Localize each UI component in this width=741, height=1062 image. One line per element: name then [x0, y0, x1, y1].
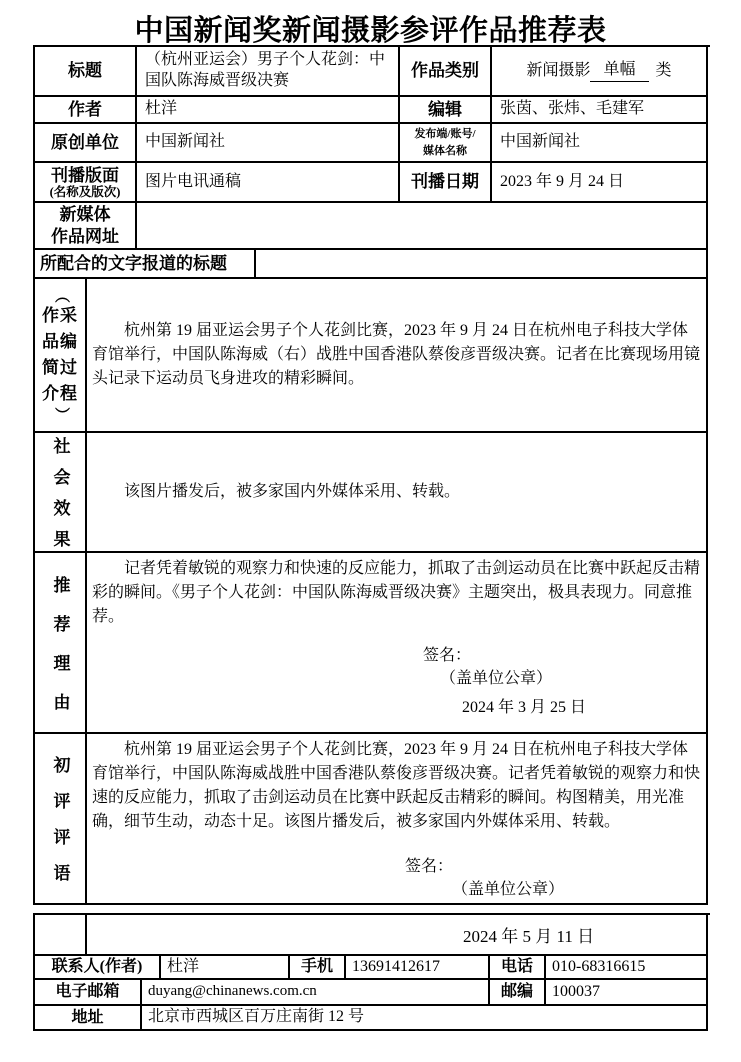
- social-effect-label: 社会效果: [48, 437, 73, 553]
- contact-table: 2024 年 5 月 11 日 联系人(作者) 杜洋 手机 1369141261…: [33, 913, 710, 1031]
- recommendation-signature-block: 签名： （盖单位公章） 2024 年 3 月 25 日: [423, 647, 701, 716]
- summary-label-row: 品编: [42, 329, 78, 355]
- recommendation-label-cell: 推荐理由: [35, 553, 87, 734]
- recommendation-content-cell: 记者凭着敏锐的观察力和快速的反应能力，抓取了击剑运动员在比赛中跃起反击精彩的瞬间…: [87, 553, 708, 734]
- category-label: 作品类别: [400, 47, 492, 97]
- summary-bracket-open: （: [52, 288, 67, 303]
- row-email: 电子邮箱 duyang@chinanews.com.cn 邮编 100037: [35, 980, 710, 1006]
- mobile-value: 13691412617: [346, 956, 490, 980]
- row-recommendation: 推荐理由 记者凭着敏锐的观察力和快速的反应能力，抓取了击剑运动员在比赛中跃起反击…: [35, 553, 710, 734]
- row-contact-date: 2024 年 5 月 11 日: [35, 915, 710, 956]
- contact-date: 2024 年 5 月 11 日: [463, 922, 594, 947]
- new-media-url-value: [137, 203, 708, 250]
- signature-label: 签名：: [405, 858, 701, 875]
- seal-note: （盖单位公章）: [452, 881, 701, 898]
- recommendation-content: 记者凭着敏锐的观察力和快速的反应能力，抓取了击剑运动员在比赛中跃起反击精彩的瞬间…: [92, 557, 701, 629]
- email-value: duyang@chinanews.com.cn: [142, 980, 490, 1006]
- publish-date-value: 2023 年 9 月 24 日: [492, 163, 708, 203]
- address-value: 北京市西城区百万庄南街 12 号: [142, 1006, 708, 1031]
- initial-review-label-cell: 初评评语: [35, 734, 87, 905]
- summary-label: （ 作采 品编 简过 介程 ）: [35, 279, 87, 433]
- publisher-label: 发布端/账号/ 媒体名称: [400, 124, 492, 163]
- contact-person-label: 联系人(作者): [35, 956, 161, 980]
- recommendation-label: 推荐理由: [48, 576, 73, 732]
- social-effect-content-cell: 该图片播发后，被多家国内外媒体采用、转载。: [87, 433, 708, 553]
- edition-label-sub: (名称及版次): [50, 186, 121, 200]
- editor-value: 张茵、张炜、毛建军: [492, 97, 708, 124]
- category-suffix: 类: [656, 61, 672, 82]
- row-companion-report: 所配合的文字报道的标题: [35, 250, 710, 279]
- editor-label: 编辑: [400, 97, 492, 124]
- edition-label-main: 刊播版面: [51, 165, 119, 186]
- initial-review-signature-block: 签名： （盖单位公章）: [405, 858, 701, 898]
- social-effect-label-cell: 社会效果: [35, 433, 87, 553]
- contact-date-cell: 2024 年 5 月 11 日: [87, 915, 708, 956]
- postcode-label: 邮编: [490, 980, 546, 1006]
- initial-review-label: 初评评语: [48, 756, 73, 900]
- social-effect-content: 该图片播发后，被多家国内外媒体采用、转载。: [92, 480, 460, 504]
- row-initial-review: 初评评语 杭州第 19 届亚运会男子个人花剑比赛，2023 年 9 月 24 日…: [35, 734, 710, 905]
- author-value: 杜洋: [137, 97, 400, 124]
- new-media-url-label: 新媒体 作品网址: [35, 203, 137, 250]
- contact-date-spacer-cell: [35, 915, 87, 956]
- email-label: 电子邮箱: [35, 980, 142, 1006]
- summary-content-cell: 杭州第 19 届亚运会男子个人花剑比赛，2023 年 9 月 24 日在杭州电子…: [87, 279, 708, 433]
- row-address: 地址 北京市西城区百万庄南街 12 号: [35, 1006, 710, 1031]
- summary-bracket-close: ）: [52, 407, 67, 422]
- row-author: 作者 杜洋 编辑 张茵、张炜、毛建军: [35, 97, 710, 124]
- category-value: 新闻摄影单幅类: [492, 47, 708, 97]
- page-title: 中国新闻奖新闻摄影参评作品推荐表: [0, 8, 741, 49]
- row-new-media-url: 新媒体 作品网址: [35, 203, 710, 250]
- summary-label-row: 作采: [42, 303, 78, 329]
- row-social-effect: 社会效果 该图片播发后，被多家国内外媒体采用、转载。: [35, 433, 710, 553]
- recommendation-date: 2024 年 3 月 25 日: [462, 699, 701, 716]
- summary-label-row: 简过: [42, 355, 78, 381]
- phone-label: 电话: [490, 956, 546, 980]
- signature-label: 签名：: [423, 647, 701, 664]
- edition-value: 图片电讯通稿: [137, 163, 400, 203]
- initial-review-content: 杭州第 19 届亚运会男子个人花剑比赛，2023 年 9 月 24 日在杭州电子…: [92, 738, 701, 834]
- summary-label-row: 介程: [42, 381, 78, 407]
- initial-review-content-cell: 杭州第 19 届亚运会男子个人花剑比赛，2023 年 9 月 24 日在杭州电子…: [87, 734, 708, 905]
- publish-date-label: 刊播日期: [400, 163, 492, 203]
- row-contact-person: 联系人(作者) 杜洋 手机 13691412617 电话 010-6831661…: [35, 956, 710, 980]
- contact-person-value: 杜洋: [161, 956, 290, 980]
- companion-report-value: [256, 250, 708, 279]
- postcode-value: 100037: [546, 980, 708, 1006]
- origin-org-label: 原创单位: [35, 124, 137, 163]
- recommendation-form-table: 标题 （杭州亚运会）男子个人花剑：中国队陈海威晋级决赛 作品类别 新闻摄影单幅类…: [33, 45, 710, 905]
- row-title: 标题 （杭州亚运会）男子个人花剑：中国队陈海威晋级决赛 作品类别 新闻摄影单幅类: [35, 47, 710, 97]
- companion-report-label: 所配合的文字报道的标题: [35, 250, 256, 279]
- row-edition: 刊播版面 (名称及版次) 图片电讯通稿 刊播日期 2023 年 9 月 24 日: [35, 163, 710, 203]
- title-value: （杭州亚运会）男子个人花剑：中国队陈海威晋级决赛: [137, 47, 400, 97]
- address-label: 地址: [35, 1006, 142, 1031]
- row-summary: （ 作采 品编 简过 介程 ） 杭州第 19 届亚运会男子个人花剑比赛，2023…: [35, 279, 710, 433]
- category-filled-value: 单幅: [590, 60, 648, 82]
- summary-content: 杭州第 19 届亚运会男子个人花剑比赛，2023 年 9 月 24 日在杭州电子…: [92, 319, 701, 391]
- mobile-label: 手机: [290, 956, 346, 980]
- phone-value: 010-68316615: [546, 956, 708, 980]
- title-label: 标题: [35, 47, 137, 97]
- publisher-value: 中国新闻社: [492, 124, 708, 163]
- edition-label: 刊播版面 (名称及版次): [35, 163, 137, 203]
- author-label: 作者: [35, 97, 137, 124]
- origin-org-value: 中国新闻社: [137, 124, 400, 163]
- seal-note: （盖单位公章）: [440, 670, 701, 687]
- row-origin-org: 原创单位 中国新闻社 发布端/账号/ 媒体名称 中国新闻社: [35, 124, 710, 163]
- category-prefix: 新闻摄影: [526, 61, 590, 82]
